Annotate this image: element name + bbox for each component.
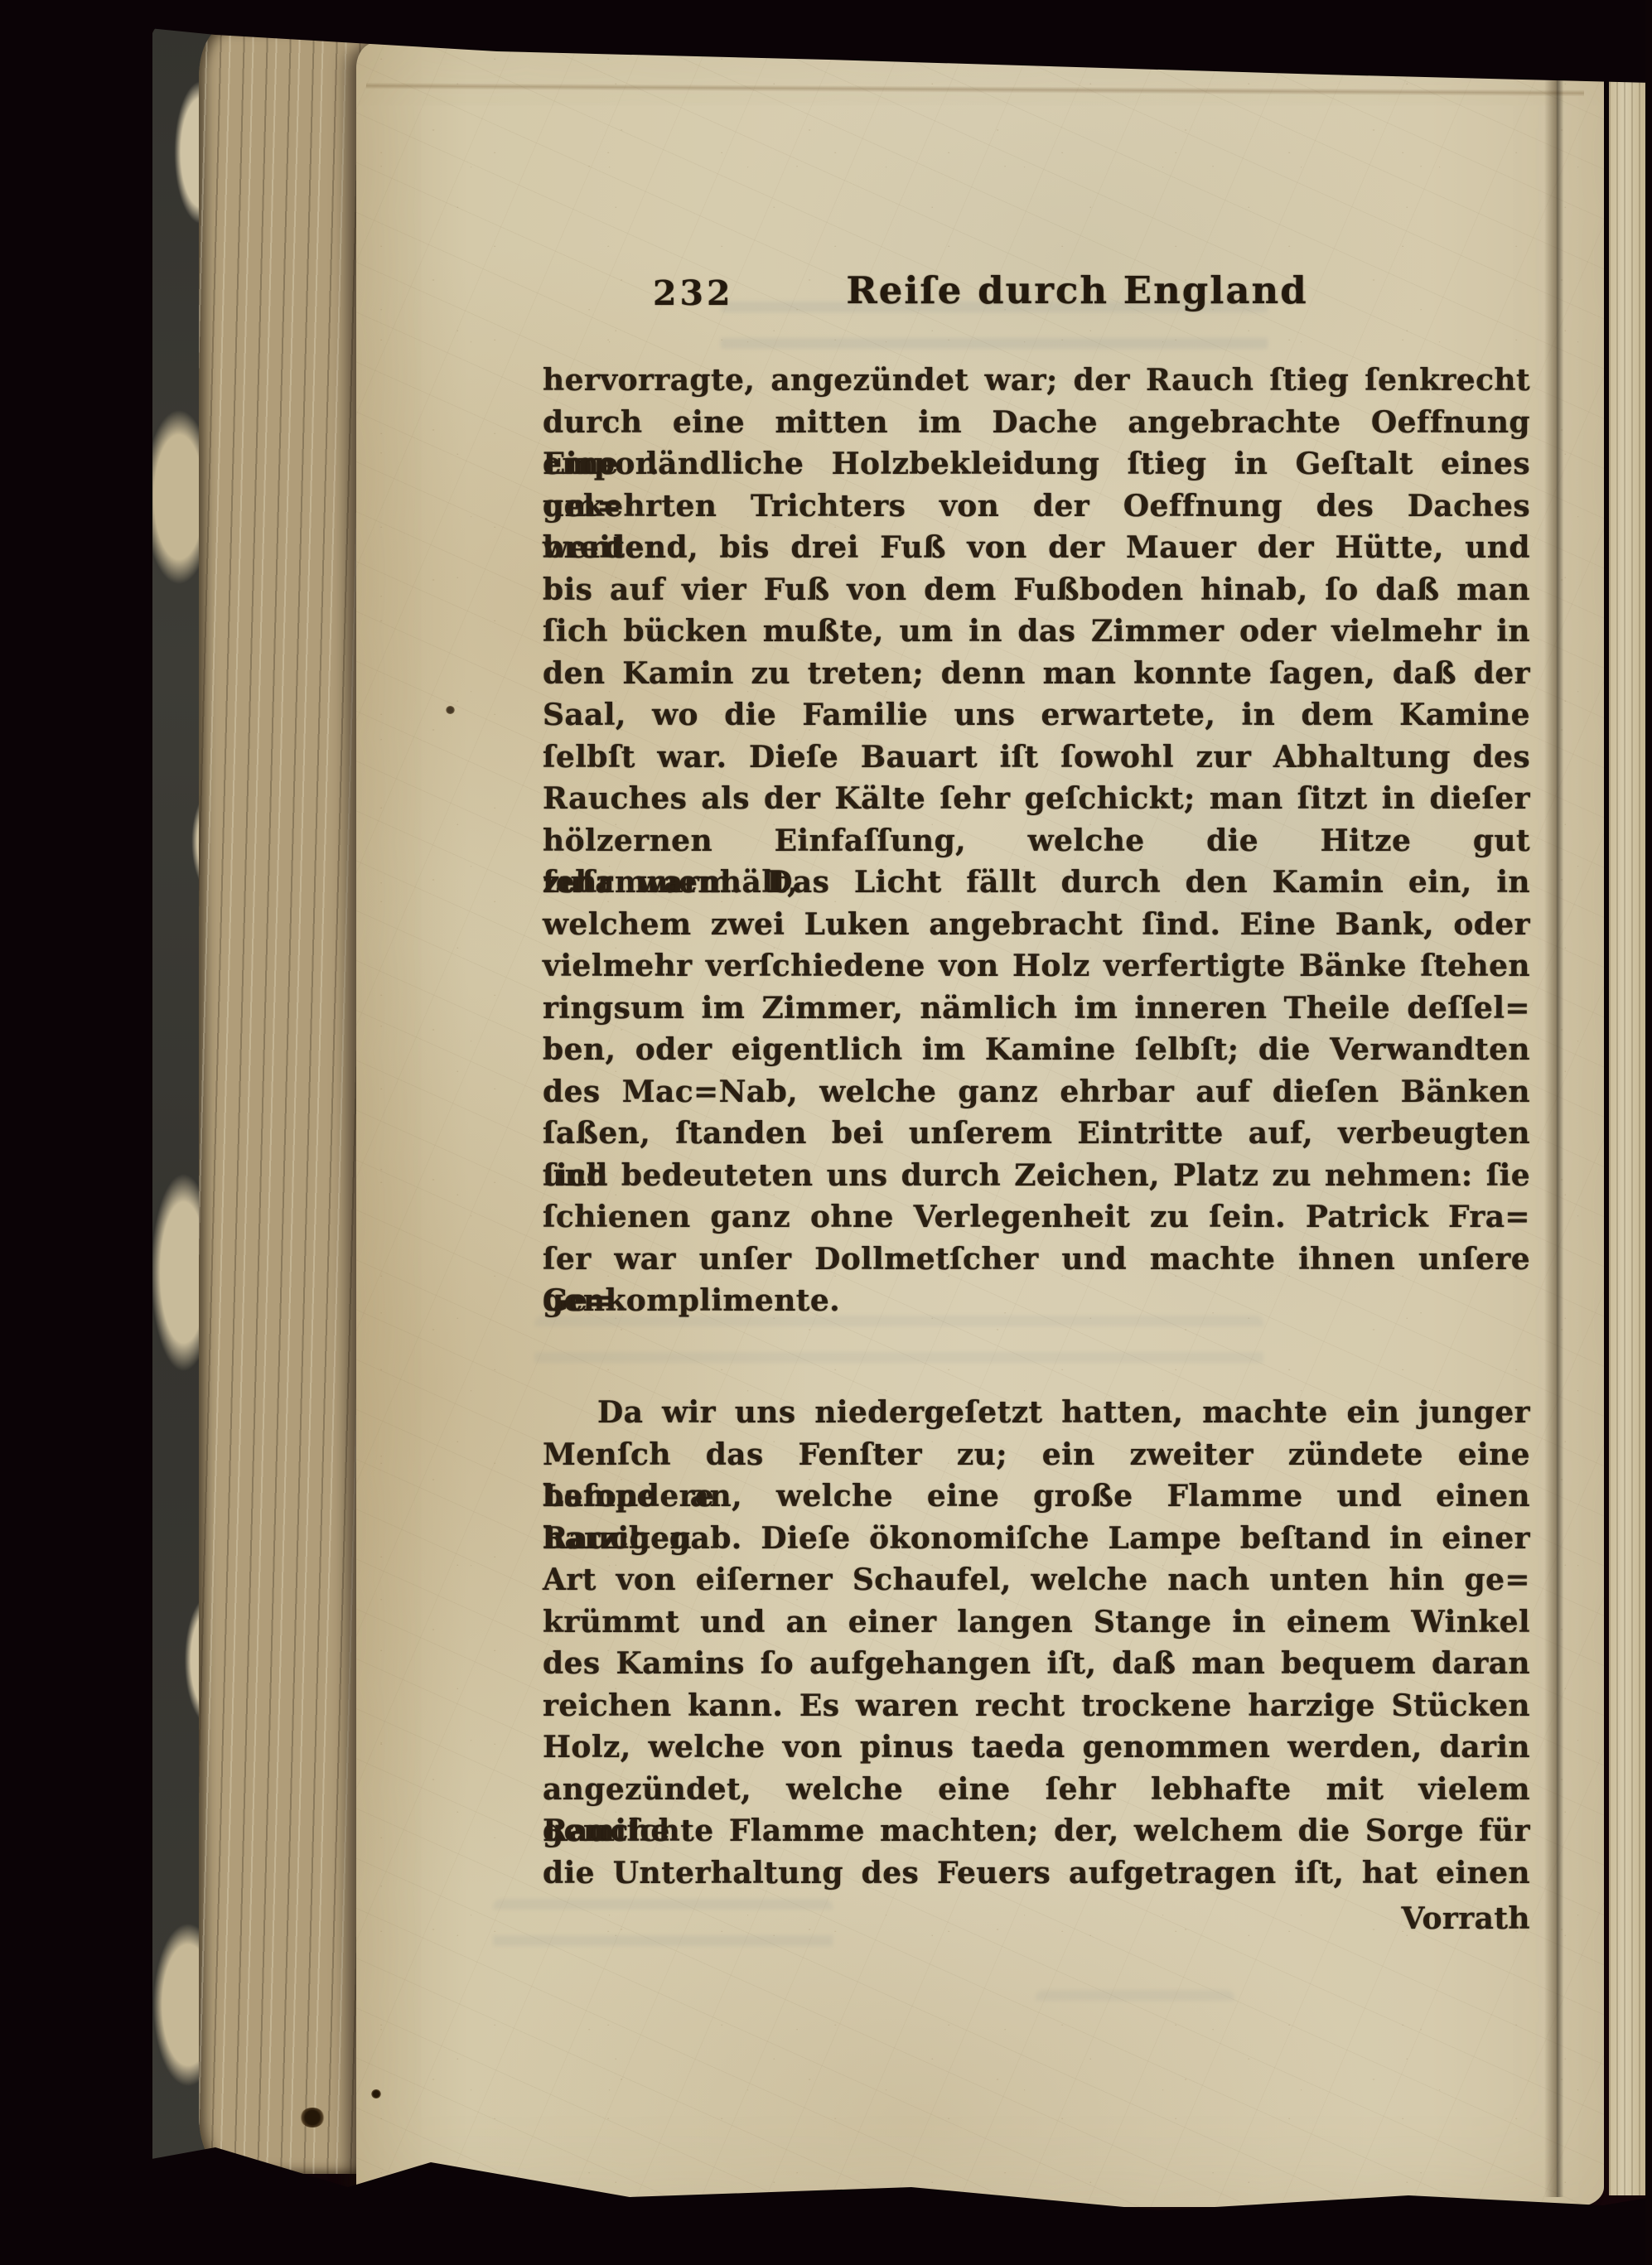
text-line: Menſch das Fenſter zu; ein zweiter zünde… [543, 1434, 1530, 1476]
text-line: ſelbſt war. Dieſe Bauart iſt ſowohl zur … [543, 736, 1530, 779]
page-top-crease [366, 83, 1584, 97]
text-line: bis auf vier Fuß von dem Fußboden hinab,… [543, 569, 1530, 611]
show-through-texture [1036, 1990, 1234, 2023]
text-line: ſaßen, ſtanden bei unſerem Eintritte auf… [543, 1113, 1530, 1155]
photo-black-background-right [1645, 0, 1652, 2265]
text-line: ringsum im Zimmer, nämlich im inneren Th… [543, 988, 1530, 1030]
photo-black-background-left [0, 0, 152, 2265]
text-line: welchem zwei Luken angebracht ſind. Eine… [543, 904, 1530, 946]
text-line: hölzernen Einfaſſung, welche die Hitze g… [543, 820, 1530, 862]
catchword: Vorrath [543, 1897, 1530, 1940]
text-line: Art von eiſerner Schaufel, welche nach u… [543, 1559, 1530, 1601]
running-head: Reiſe durch England [746, 268, 1408, 312]
text-line: ben, oder eigentlich im Kamine ſelbſt; d… [543, 1029, 1530, 1071]
scanned-book-photo: 232 Reiſe durch England hervorragte, ang… [0, 0, 1652, 2265]
text-line: den Kamin zu treten; denn man konnte ſag… [543, 653, 1530, 695]
text-line: genkomplimente. [543, 1280, 1530, 1322]
ink-blot [371, 2089, 381, 2098]
text-line: Rauches als der Kälte ſehr geſchickt; ma… [543, 778, 1530, 820]
ink-blot [300, 2108, 325, 2127]
page-fore-edges [199, 28, 377, 2174]
text-line: gekehrten Trichters von der Oeffnung des… [543, 485, 1530, 528]
text-line: Rauch gab. Dieſe ökonomiſche Lampe beſta… [543, 1518, 1530, 1560]
text-line: des Mac=Nab, welche ganz ehrbar auf dieſ… [543, 1071, 1530, 1113]
text-line: Holz, welche von pinus taeda genommen we… [543, 1727, 1530, 1769]
page-fold-crease [1544, 51, 1566, 2197]
page-number: 232 [653, 273, 734, 313]
text-line: Eine ländliche Holzbekleidung ſtieg in G… [543, 443, 1530, 485]
text-line: krümmt und an einer langen Stange in ein… [543, 1601, 1530, 1644]
adjacent-page-edge [1609, 58, 1647, 2195]
text-line: ſchienen ganz ohne Verlegenheit zu ſein.… [543, 1196, 1530, 1239]
text-line: reichen kann. Es waren recht trockene ha… [543, 1685, 1530, 1727]
page-header: 232 Reiſe durch England [356, 268, 1604, 316]
ink-blot [446, 706, 455, 714]
text-line: ſehr warm. Das Licht fällt durch den Kam… [543, 862, 1530, 904]
text-line: vielmehr verſchiedene von Holz verfertig… [543, 945, 1530, 988]
text-line: ſich bücken mußte, um in das Zimmer oder… [543, 611, 1530, 653]
text-line: ſer war unſer Dollmetſcher und machte ih… [543, 1239, 1530, 1281]
text-line: hervorragte, angezündet war; der Rauch ſ… [543, 360, 1530, 402]
show-through-texture [534, 1316, 1263, 1379]
text-line: Lampe an, welche eine große Flamme und e… [543, 1475, 1530, 1518]
text-line: und bedeuteten uns durch Zeichen, Platz … [543, 1155, 1530, 1197]
text-line: werdend, bis drei Fuß von der Mauer der … [543, 527, 1530, 569]
text-line: Da wir uns niedergeſetzt hatten, machte … [543, 1392, 1530, 1434]
paragraph-continued: hervorragte, angezündet war; der Rauch ſ… [543, 360, 1530, 1322]
text-line: des Kamins ſo aufgehangen iſt, daß man b… [543, 1643, 1530, 1685]
text-line: gemiſchte Flamme machten; der, welchem d… [543, 1810, 1530, 1852]
paragraph-second: Da wir uns niedergeſetzt hatten, machte … [543, 1392, 1530, 1894]
text-line: durch eine mitten im Dache angebrachte O… [543, 402, 1530, 444]
book-page: 232 Reiſe durch England hervorragte, ang… [356, 43, 1604, 2207]
text-line: die Unterhaltung des Feuers aufgetragen … [543, 1852, 1530, 1895]
text-line: Saal, wo die Familie uns erwartete, in d… [543, 694, 1530, 736]
text-line: angezündet, welche eine ſehr lebhafte mi… [543, 1769, 1530, 1811]
